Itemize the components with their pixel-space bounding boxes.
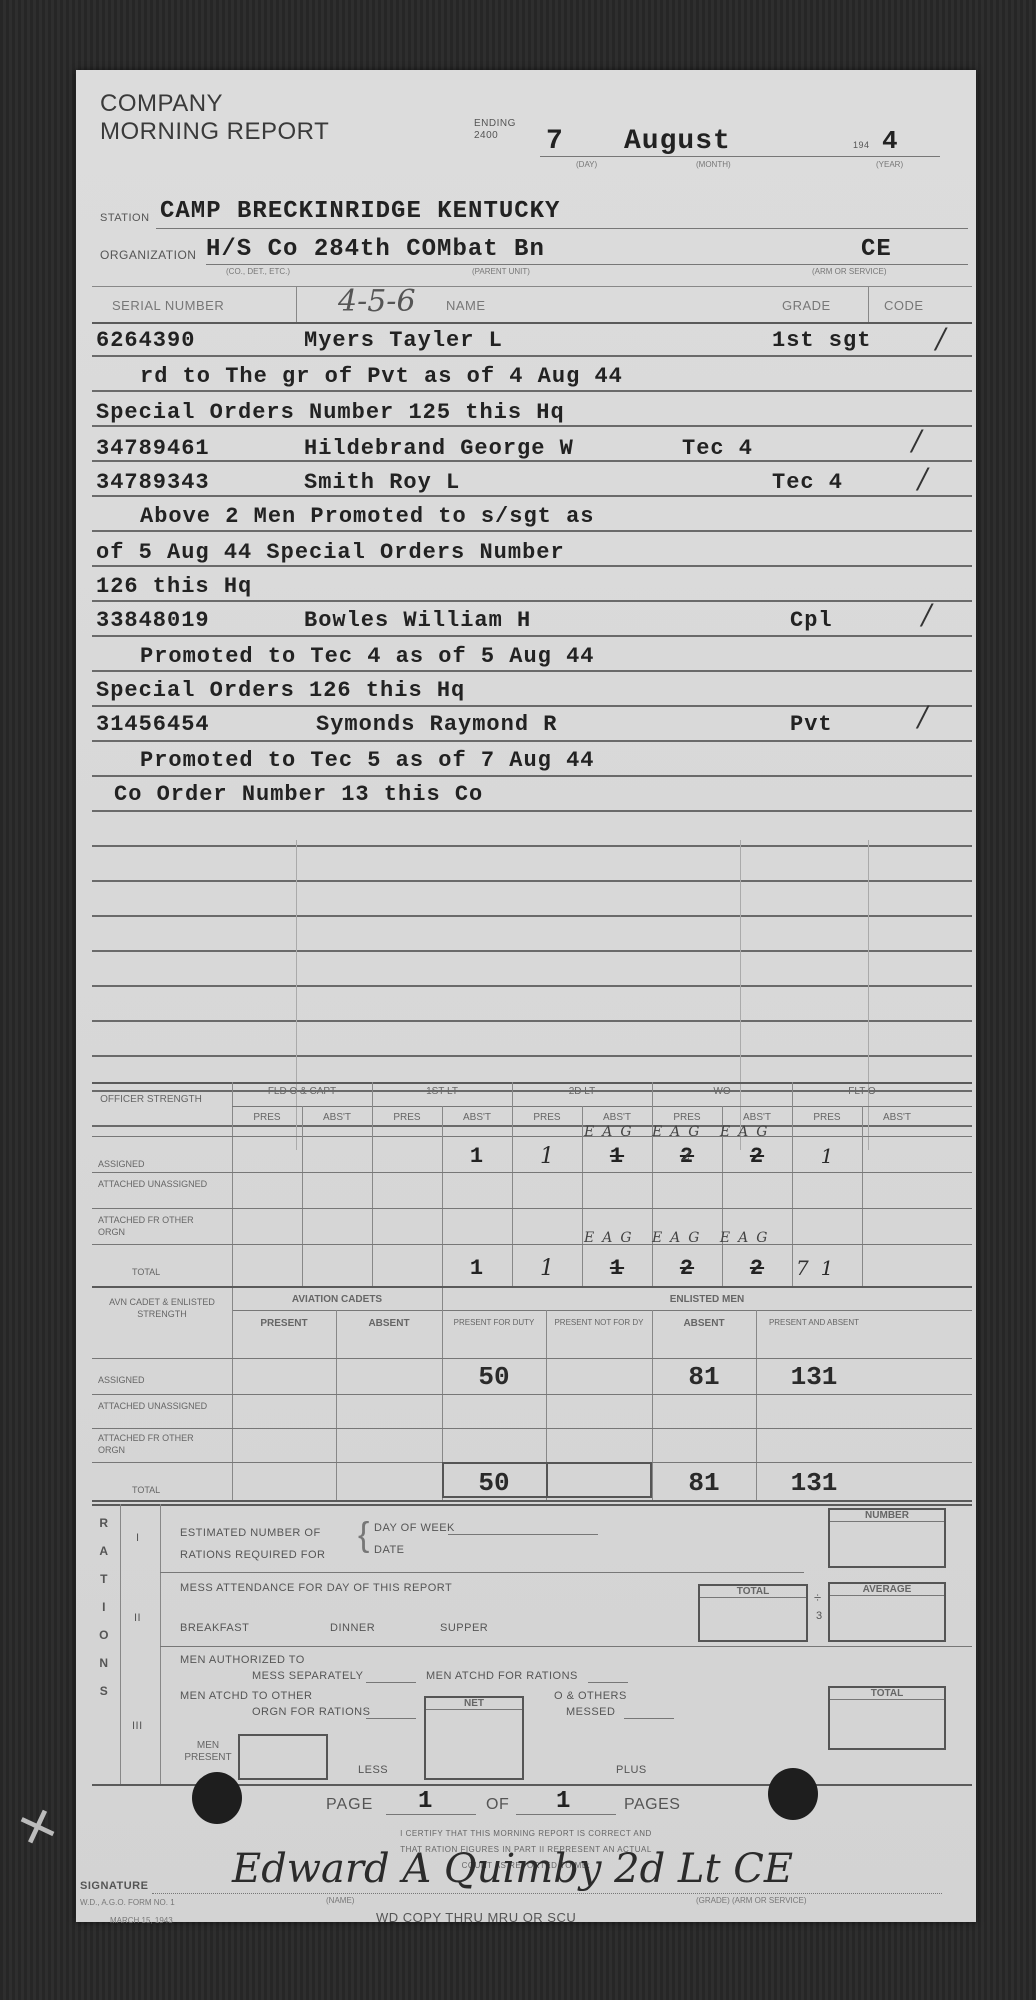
dinner-label: DINNER [330,1622,375,1634]
v [120,1504,121,1784]
letter: T [100,1572,108,1586]
officer-table-bottom [92,1286,972,1288]
form-title: COMPANY MORNING REPORT [100,90,329,146]
officer-total-values: 1 1 1 2 2 1 [232,1256,932,1281]
cell [232,1256,302,1281]
group-enlisted-men: ENLISTED MEN [442,1294,972,1305]
part-1-label: ESTIMATED NUMBER OF RATIONS REQUIRED FOR [180,1522,325,1566]
entry-grade: 1st sgt [772,328,871,353]
entry-grade: Tec 4 [682,436,753,461]
handwritten-annotation-total: EAG EAG EAG [584,1230,775,1246]
officer-row-assigned-label: ASSIGNED [98,1158,145,1170]
breakfast-label: BREAKFAST [180,1622,249,1634]
subcol: ABSENT [652,1318,756,1329]
plus-label: PLUS [616,1764,647,1776]
entry-remark: of 5 Aug 44 Special Orders Number [96,540,565,565]
title-company: COMPANY [100,90,329,118]
mess-attendance-label: MESS ATTENDANCE FOR DAY OF THIS REPORT [180,1582,452,1594]
men-atchd-for-rations-label: MEN ATCHD FOR RATIONS [426,1670,578,1682]
cell [862,1144,932,1169]
cell [336,1362,442,1392]
organization-caption: (CO., DET., ETC.) [226,267,290,276]
cell [232,1362,336,1392]
group-flt-o: FLT O [792,1086,932,1097]
subcol: PRES [512,1112,582,1123]
punch-hole-left [192,1772,242,1824]
cell [302,1256,372,1281]
station-value: CAMP BRECKINRIDGE KENTUCKY [160,198,560,225]
day-caption: (DAY) [576,160,597,169]
group-wo: WO [652,1086,792,1097]
grade-caption: (GRADE) (ARM OR SERVICE) [696,1896,807,1905]
cell: 1 [582,1256,652,1281]
entry-name: Bowles William H [304,608,531,633]
entry-serial: 31456454 [96,712,210,737]
divide-by: 3 [816,1610,823,1622]
ending-time: 2400 [474,130,516,142]
year-caption: (YEAR) [876,160,903,169]
year-prefix: 194 [853,140,870,150]
month-caption: (MONTH) [696,160,731,169]
rule [92,1244,972,1245]
col-serial-number: SERIAL NUMBER [112,298,224,313]
page-label: PAGE [326,1796,373,1814]
orgn-for-rations-label: ORGN FOR RATIONS [252,1706,370,1718]
rule [92,1208,972,1209]
form-date: MARCH 15, 1943 [110,1916,173,1925]
entry-serial: 33848019 [96,608,210,633]
letter: A [99,1544,108,1558]
faint-divider-3 [868,840,869,1150]
report-day: 7 [546,126,564,157]
cell: 1 [582,1144,652,1169]
cell: 1 [442,1144,512,1169]
total-3-label: TOTAL [830,1688,944,1700]
enlisted-row-total-label: TOTAL [132,1484,160,1496]
punch-hole-right [768,1768,818,1820]
organization-value: H/S Co 284th COMbat Bn [206,236,545,263]
part-3-numeral: III [132,1720,143,1732]
brace-glyph: { [358,1518,370,1552]
parent-unit-caption: (PARENT UNIT) [472,267,530,276]
rule [160,1572,804,1573]
divide-sign: ÷ [814,1590,822,1605]
cell: 2 [722,1144,792,1169]
column-header-top-rule [92,286,972,287]
men-present-box[interactable] [238,1734,328,1780]
mess-separately-field[interactable] [366,1682,416,1683]
cell: 1 [792,1144,862,1169]
less-label: LESS [358,1764,388,1776]
x-mark: ✕ [10,1795,67,1861]
entry-serial: 34789343 [96,470,210,495]
handwritten-note: 4-5-6 [338,284,416,319]
date-label: DATE [374,1544,405,1556]
entry-grade: Tec 4 [772,470,843,495]
officer-row-total-label: TOTAL [132,1266,160,1278]
entry-remark: Promoted to Tec 4 as of 5 Aug 44 [140,644,594,669]
enlisted-assigned-values: 50 81 131 [232,1362,972,1392]
part-2-numeral: II [134,1612,141,1624]
rations-side-letters: R A T I O N S [94,1516,114,1698]
cell [372,1256,442,1281]
o-others-label: O & OTHERS [554,1690,627,1702]
men-atchd-for-rations-field[interactable] [588,1682,628,1683]
enlisted-strength-title: AVN CADET & ENLISTED STRENGTH [92,1296,232,1320]
arm-of-service-value: CE [861,236,892,263]
subcol: ABS'T [722,1112,792,1123]
rule [92,1358,972,1359]
rule [92,1394,972,1395]
supper-label: SUPPER [440,1622,488,1634]
entry-name: Smith Roy L [304,470,460,495]
subcol: ABSENT [336,1318,442,1329]
net-label: NET [426,1698,522,1710]
subcol: ABS'T [582,1112,652,1123]
average-label: AVERAGE [830,1584,944,1596]
entry-remark: 126 this Hq [96,574,252,599]
form-number: W.D., A.G.O. FORM NO. 1 [80,1898,175,1907]
cell: 1 [512,1256,582,1281]
cell: 131 [756,1362,872,1392]
letter: I [102,1600,106,1614]
subcol: PRESENT FOR DUTY [442,1318,546,1329]
mess-total-box[interactable]: TOTAL [698,1584,808,1642]
day-of-week-label: DAY OF WEEK [374,1522,455,1534]
subcol: PRES [652,1112,722,1123]
entry-remark: Co Order Number 13 this Co [114,782,483,807]
letter: O [99,1628,109,1642]
report-year-digit: 4 [882,126,899,156]
part-1-line-1: ESTIMATED NUMBER OF [180,1522,325,1544]
rule [92,1428,972,1429]
entry-code: / [918,700,927,733]
pages-label: PAGES [624,1796,680,1814]
cell [862,1256,932,1281]
cell: 50 [442,1468,546,1498]
subcol: ABS'T [442,1112,512,1123]
v [160,1504,161,1784]
enlisted-subcols: PRESENT ABSENT PRESENT FOR DUTY PRESENT … [232,1318,972,1329]
copy-note: WD COPY THRU MRU OR SCU [376,1910,576,1925]
total-3-box[interactable]: TOTAL [828,1686,946,1750]
cell [232,1144,302,1169]
officer-header-rule [92,1136,972,1137]
cert-line-1: I CERTIFY THAT THIS MORNING REPORT IS CO… [256,1826,796,1842]
handwritten-correction-assigned: 2 [682,1148,691,1164]
station-rule [156,228,968,229]
entry-grade: Pvt [790,712,833,737]
entry-name: Hildebrand George W [304,436,574,461]
group-2d-lt: 2D LT [512,1086,652,1097]
subcol: PRESENT NOT FOR DY [546,1318,652,1329]
cell: 2 [722,1256,792,1281]
cell: 1 [512,1144,582,1169]
group-1st-lt: 1ST LT [372,1086,512,1097]
men-atchd-to-other-label: MEN ATCHD TO OTHER [180,1690,312,1702]
signature-line [152,1892,942,1894]
men-authorized-label: MEN AUTHORIZED TO [180,1654,305,1666]
mess-total-label: TOTAL [700,1586,806,1598]
page-number: 1 [418,1788,433,1815]
officer-row-attached-unassigned-label: ATTACHED UNASSIGNED [98,1178,218,1190]
morning-report-form: COMPANY MORNING REPORT ENDING 2400 7 (DA… [76,70,976,1922]
cell: 2 [652,1256,722,1281]
subcol: PRESENT AND ABSENT [756,1318,872,1329]
subcol: ABS'T [862,1112,932,1123]
cell [546,1362,652,1392]
entry-grade: Cpl [790,608,833,633]
handwritten-correction-total: 7 [796,1256,809,1280]
entry-remark: Special Orders Number 125 this Hq [96,400,565,425]
subcol: PRESENT [232,1318,336,1329]
date-rule [540,156,940,157]
title-morning-report: MORNING REPORT [100,118,329,146]
officer-strength-title: OFFICER STRENGTH [92,1094,210,1106]
officer-row-attached-fr-other-label: ATTACHED FR OTHER ORGN [98,1214,218,1238]
officer-assigned-values: 1 1 1 2 2 1 [232,1144,932,1169]
enlisted-group-rule [232,1310,972,1311]
entry-remark: Above 2 Men Promoted to s/sgt as [140,504,594,529]
subcol: PRES [372,1112,442,1123]
enlisted-table-bottom [92,1500,972,1502]
col-grade: GRADE [782,298,831,313]
cell [336,1468,442,1498]
entry-serial: 34789461 [96,436,210,461]
col-name: NAME [446,298,486,313]
entry-remark: rd to The gr of Pvt as of 4 Aug 44 [140,364,623,389]
number-box-label: NUMBER [830,1510,944,1522]
grade-code-divider [868,286,869,322]
day-of-week-field[interactable] [448,1534,598,1535]
serial-name-divider [296,286,297,322]
cell: 81 [652,1468,756,1498]
cell [372,1144,442,1169]
entry-code: / [918,462,927,495]
entry-serial: 6264390 [96,328,195,353]
entry-remark: Special Orders 126 this Hq [96,678,465,703]
organization-label: ORGANIZATION [100,248,196,262]
enlisted-row-attached-fr-other-label: ATTACHED FR OTHER ORGN [98,1432,218,1456]
cell [232,1468,336,1498]
ending-label: ENDING 2400 [474,118,516,142]
enlisted-total-values: 50 81 131 [232,1468,972,1498]
part-1-numeral: I [136,1532,140,1544]
messed-field[interactable] [624,1718,674,1719]
group-aviation-cadets: AVIATION CADETS [232,1294,442,1305]
organization-rule [206,264,968,265]
orgn-for-rations-field[interactable] [366,1718,416,1719]
handwritten-annotation-assigned: EAG EAG EAG [584,1124,775,1140]
letter: N [99,1656,108,1670]
of-label: OF [486,1796,509,1814]
cell: 81 [652,1362,756,1392]
entry-remark: Promoted to Tec 5 as of 7 Aug 44 [140,748,594,773]
mess-separately-label: MESS SEPARATELY [252,1670,363,1682]
signature-label: SIGNATURE [80,1880,148,1892]
name-caption: (NAME) [326,1896,354,1905]
net-box[interactable]: NET [424,1696,524,1780]
cell: 131 [756,1468,872,1498]
arm-of-service-caption: (ARM OR SERVICE) [812,267,887,276]
men-present-label: MEN PRESENT [180,1740,236,1764]
group-fld-o-capt: FLD O & CAPT [232,1086,372,1097]
page-total: 1 [556,1788,571,1815]
letter: R [99,1516,108,1530]
entry-code: / [912,424,921,457]
cell: 1 [442,1256,512,1281]
station-label: STATION [100,212,150,224]
cell: 50 [442,1362,546,1392]
messed-label: MESSED [566,1706,615,1718]
rule [92,1172,972,1173]
entry-name: Symonds Raymond R [316,712,557,737]
letter: S [100,1684,109,1698]
entry-code: / [936,322,945,355]
rations-top [92,1504,972,1506]
enlisted-row-attached-unassigned-label: ATTACHED UNASSIGNED [98,1400,218,1412]
entry-name: Myers Tayler L [304,328,503,353]
officer-group-rule [232,1106,972,1107]
officer-table-top [92,1082,972,1084]
part-1-line-2: RATIONS REQUIRED FOR [180,1544,325,1566]
subcol: PRES [792,1112,862,1123]
subcol: ABS'T [302,1112,372,1123]
signature-value[interactable]: Edward A Quimby 2d Lt CE [232,1846,793,1892]
cell [302,1144,372,1169]
entry-code: / [922,598,931,631]
faint-divider-1 [296,840,297,1150]
cell [546,1468,652,1498]
ending-text: ENDING [474,118,516,130]
number-box[interactable]: NUMBER [828,1508,946,1568]
col-code: CODE [884,298,924,313]
average-box[interactable]: AVERAGE [828,1582,946,1642]
faint-divider-2 [740,840,741,1150]
report-month: August [624,126,731,157]
enlisted-row-assigned-label: ASSIGNED [98,1374,145,1386]
subcol: PRES [232,1112,302,1123]
rule [160,1646,972,1647]
